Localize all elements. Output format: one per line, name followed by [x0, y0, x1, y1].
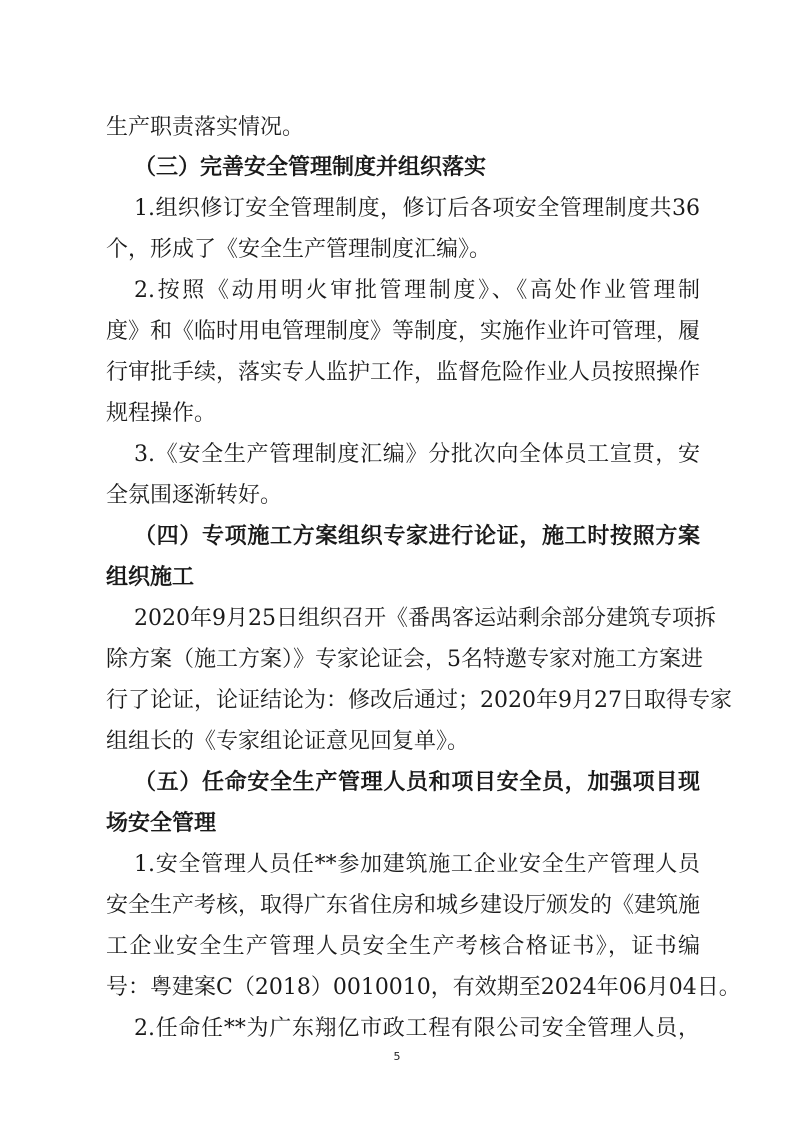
paragraph-line: 2020年9月25日组织召开《番禺客运站剩余部分建筑专项拆 — [134, 605, 700, 633]
paragraph-line: 组组长的《专家组论证意见回复单》。 — [106, 728, 700, 756]
paragraph-line: 1.组织修订安全管理制度，修订后各项安全管理制度共36 — [134, 195, 700, 223]
paragraph-line: 号：粤建案C（2018）0010010，有效期至2024年06月04日。 — [106, 974, 700, 1002]
paragraph-line: 2.按照《动用明火审批管理制度》、《高处作业管理制 — [134, 277, 700, 305]
section-heading-line: 场安全管理 — [106, 810, 700, 838]
document-page: 生产职责落实情况。（三）完善安全管理制度并组织落实1.组织修订安全管理制度，修订… — [0, 0, 794, 1123]
section-heading-line: 组织施工 — [106, 564, 700, 592]
section-heading-line: （四）专项施工方案组织专家进行论证，施工时按照方案 — [134, 523, 700, 551]
paragraph-line: 行了论证，论证结论为：修改后通过；2020年9月27日取得专家 — [106, 687, 700, 715]
paragraph-line: 1.安全管理人员任**参加建筑施工企业安全生产管理人员 — [134, 851, 700, 879]
paragraph-line: 规程操作。 — [106, 400, 700, 428]
paragraph-line: 除方案（施工方案）》专家论证会，5名特邀专家对施工方案进 — [106, 646, 700, 674]
paragraph-line: 安全生产考核，取得广东省住房和城乡建设厅颁发的《建筑施 — [106, 892, 700, 920]
section-heading-line: （三）完善安全管理制度并组织落实 — [134, 154, 700, 182]
paragraph-line: 生产职责落实情况。 — [106, 114, 700, 142]
paragraph-line: 行审批手续，落实专人监护工作，监督危险作业人员按照操作 — [106, 359, 700, 387]
section-heading-line: （五）任命安全生产管理人员和项目安全员，加强项目现 — [134, 769, 700, 797]
paragraph-line: 度》和《临时用电管理制度》等制度，实施作业许可管理，履 — [106, 318, 700, 346]
paragraph-line: 2.任命任**为广东翔亿市政工程有限公司安全管理人员， — [134, 1015, 700, 1043]
paragraph-line: 3.《安全生产管理制度汇编》分批次向全体员工宣贯，安 — [134, 441, 700, 469]
paragraph-line: 工企业安全生产管理人员安全生产考核合格证书》，证书编 — [106, 933, 700, 961]
paragraph-line: 全氛围逐渐转好。 — [106, 482, 700, 510]
paragraph-line: 个，形成了《安全生产管理制度汇编》。 — [106, 236, 700, 264]
page-number: 5 — [0, 1050, 794, 1063]
